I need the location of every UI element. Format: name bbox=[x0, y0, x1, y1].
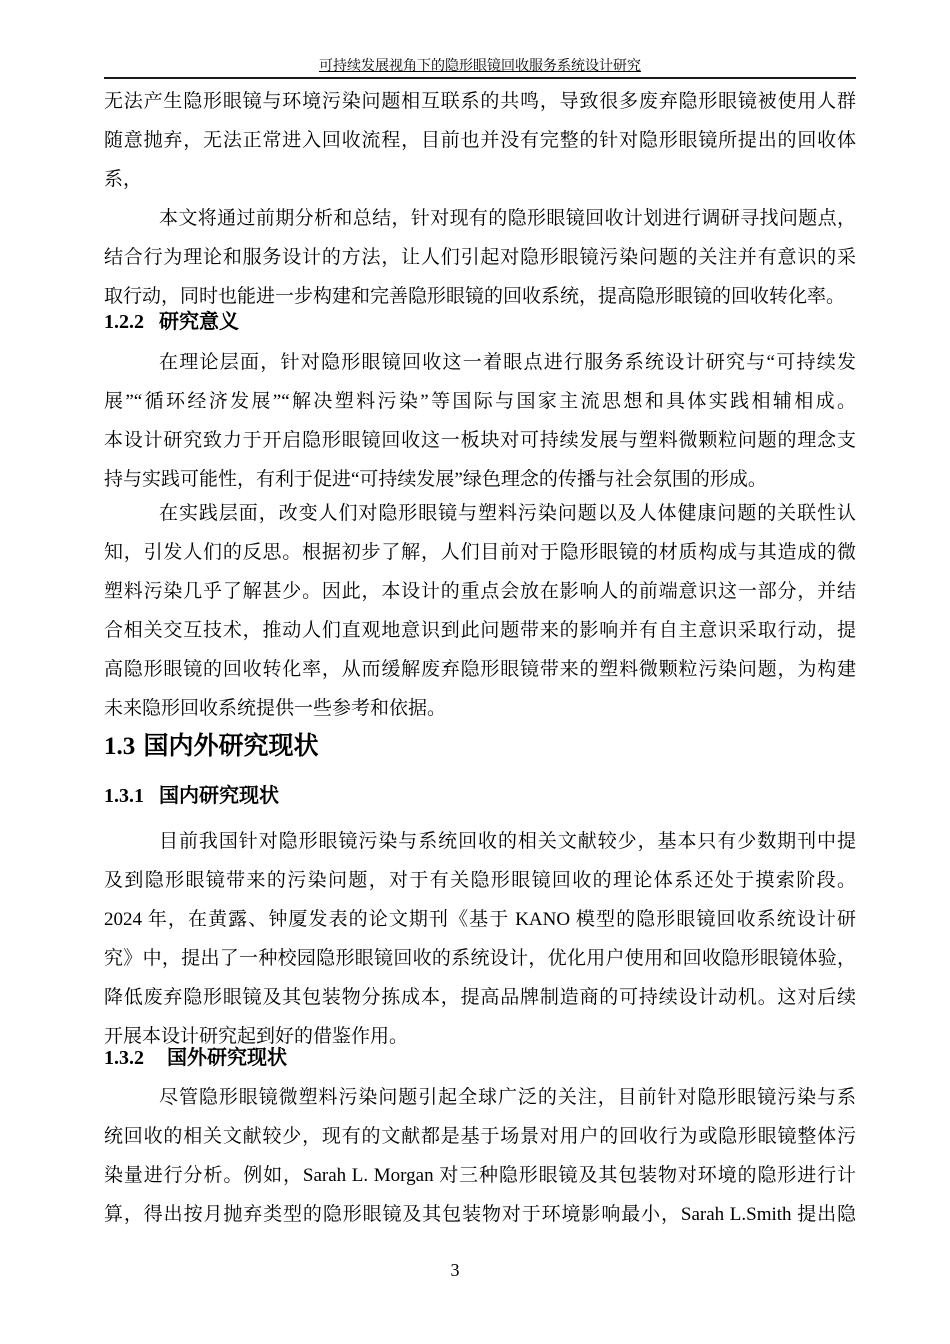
text-line: 随意抛弃，无法正常进入回收流程，目前也并没有完整的针对隐形眼镜所提出的回收体 bbox=[104, 121, 856, 160]
paragraph-theory-level: 在理论层面，针对隐形眼镜回收这一着眼点进行服务系统设计研究与“可持续发展”“循环… bbox=[104, 343, 856, 499]
text-line: 系， bbox=[104, 160, 856, 199]
text-line: 在理论层面，针对隐形眼镜回收这一着眼点进行服务系统设计研究与“可持续发 bbox=[104, 343, 856, 382]
heading-title: 国内外研究现状 bbox=[144, 732, 319, 760]
text-line: 尽管隐形眼镜微塑料污染问题引起全球广泛的关注，目前针对隐形眼镜污染与系 bbox=[104, 1078, 856, 1117]
heading-1-3-2: 1.3.2 国外研究现状 bbox=[104, 1039, 856, 1078]
heading-1-3-1: 1.3.1 国内研究现状 bbox=[104, 777, 856, 816]
heading-title: 研究意义 bbox=[159, 311, 239, 333]
text-line: 降低废弃隐形眼镜及其包装物分拣成本，提高品牌制造商的可持续设计动机。这对后续 bbox=[104, 978, 856, 1017]
paragraph-practice-level: 在实践层面，改变人们对隐形眼镜与塑料污染问题以及人体健康问题的关联性认知，引发人… bbox=[104, 494, 856, 728]
text-line: 染量进行分析。例如，Sarah L. Morgan 对三种隐形眼镜及其包装物对环… bbox=[104, 1156, 856, 1195]
paragraph-research-overview: 本文将通过前期分析和总结，针对现有的隐形眼镜回收计划进行调研寻找问题点，结合行为… bbox=[104, 199, 856, 316]
text-line: 及到隐形眼镜带来的污染问题，对于有关隐形眼镜回收的理论体系还处于摸索阶段。 bbox=[104, 861, 856, 900]
text-line: 本文将通过前期分析和总结，针对现有的隐形眼镜回收计划进行调研寻找问题点， bbox=[104, 199, 856, 238]
heading-number: 1.3.1 bbox=[104, 785, 144, 807]
text-line: 统回收的相关文献较少，现有的文献都是基于场景对用户的回收行为或隐形眼镜整体污 bbox=[104, 1117, 856, 1156]
heading-number: 1.3.2 bbox=[104, 1047, 144, 1069]
text-line: 目前我国针对隐形眼镜污染与系统回收的相关文献较少，基本只有少数期刊中提 bbox=[104, 822, 856, 861]
paragraph-foreign-research: 尽管隐形眼镜微塑料污染问题引起全球广泛的关注，目前针对隐形眼镜污染与系统回收的相… bbox=[104, 1078, 856, 1234]
heading-title: 国外研究现状 bbox=[167, 1047, 287, 1069]
text-line: 结合行为理论和服务设计的方法，让人们引起对隐形眼镜污染问题的关注并有意识的采 bbox=[104, 238, 856, 277]
page-number: 3 bbox=[451, 1260, 460, 1280]
text-line: 塑料污染几乎了解甚少。因此，本设计的重点会放在影响人的前端意识这一部分，并结 bbox=[104, 572, 856, 611]
heading-1-3: 1.3 国内外研究现状 bbox=[104, 725, 856, 767]
text-line: 本设计研究致力于开启隐形眼镜回收这一板块对可持续发展与塑料微颗粒问题的理念支 bbox=[104, 421, 856, 460]
text-line: 展”“循环经济发展”“解决塑料污染”等国际与国家主流思想和具体实践相辅相成。 bbox=[104, 382, 856, 421]
page-footer: 3 bbox=[0, 1258, 910, 1282]
page-header: 可持续发展视角下的隐形眼镜回收服务系统设计研究 bbox=[104, 57, 856, 79]
text-line: 知，引发人们的反思。根据初步了解，人们目前对于隐形眼镜的材质构成与其造成的微 bbox=[104, 533, 856, 572]
text-line: 算，得出按月抛弃类型的隐形眼镜及其包装物对于环境影响最小，Sarah L.Smi… bbox=[104, 1195, 856, 1234]
paragraph-intro-continuation: 无法产生隐形眼镜与环境污染问题相互联系的共鸣，导致很多废弃隐形眼镜被使用人群随意… bbox=[104, 82, 856, 199]
document-page: 可持续发展视角下的隐形眼镜回收服务系统设计研究 无法产生隐形眼镜与环境污染问题相… bbox=[0, 0, 950, 1344]
text-line: 高隐形眼镜的回收转化率，从而缓解废弃隐形眼镜带来的塑料微颗粒污染问题，为构建 bbox=[104, 650, 856, 689]
text-line: 无法产生隐形眼镜与环境污染问题相互联系的共鸣，导致很多废弃隐形眼镜被使用人群 bbox=[104, 82, 856, 121]
heading-number: 1.3 bbox=[104, 733, 135, 760]
heading-1-2-2: 1.2.2 研究意义 bbox=[104, 303, 856, 342]
text-line: 未来隐形回收系统提供一些参考和依据。 bbox=[104, 689, 856, 728]
text-line: 在实践层面，改变人们对隐形眼镜与塑料污染问题以及人体健康问题的关联性认 bbox=[104, 494, 856, 533]
paragraph-domestic-research: 目前我国针对隐形眼镜污染与系统回收的相关文献较少，基本只有少数期刊中提及到隐形眼… bbox=[104, 822, 856, 1056]
heading-number: 1.2.2 bbox=[104, 311, 144, 333]
text-line: 究》中，提出了一种校园隐形眼镜回收的系统设计，优化用户使用和回收隐形眼镜体验， bbox=[104, 939, 856, 978]
text-line: 合相关交互技术，推动人们直观地意识到此问题带来的影响并有自主意识采取行动，提 bbox=[104, 611, 856, 650]
running-head-title: 可持续发展视角下的隐形眼镜回收服务系统设计研究 bbox=[319, 59, 641, 74]
text-line: 2024 年，在黄露、钟厦发表的论文期刊《基于 KANO 模型的隐形眼镜回收系统… bbox=[104, 900, 856, 939]
heading-title: 国内研究现状 bbox=[159, 785, 279, 807]
